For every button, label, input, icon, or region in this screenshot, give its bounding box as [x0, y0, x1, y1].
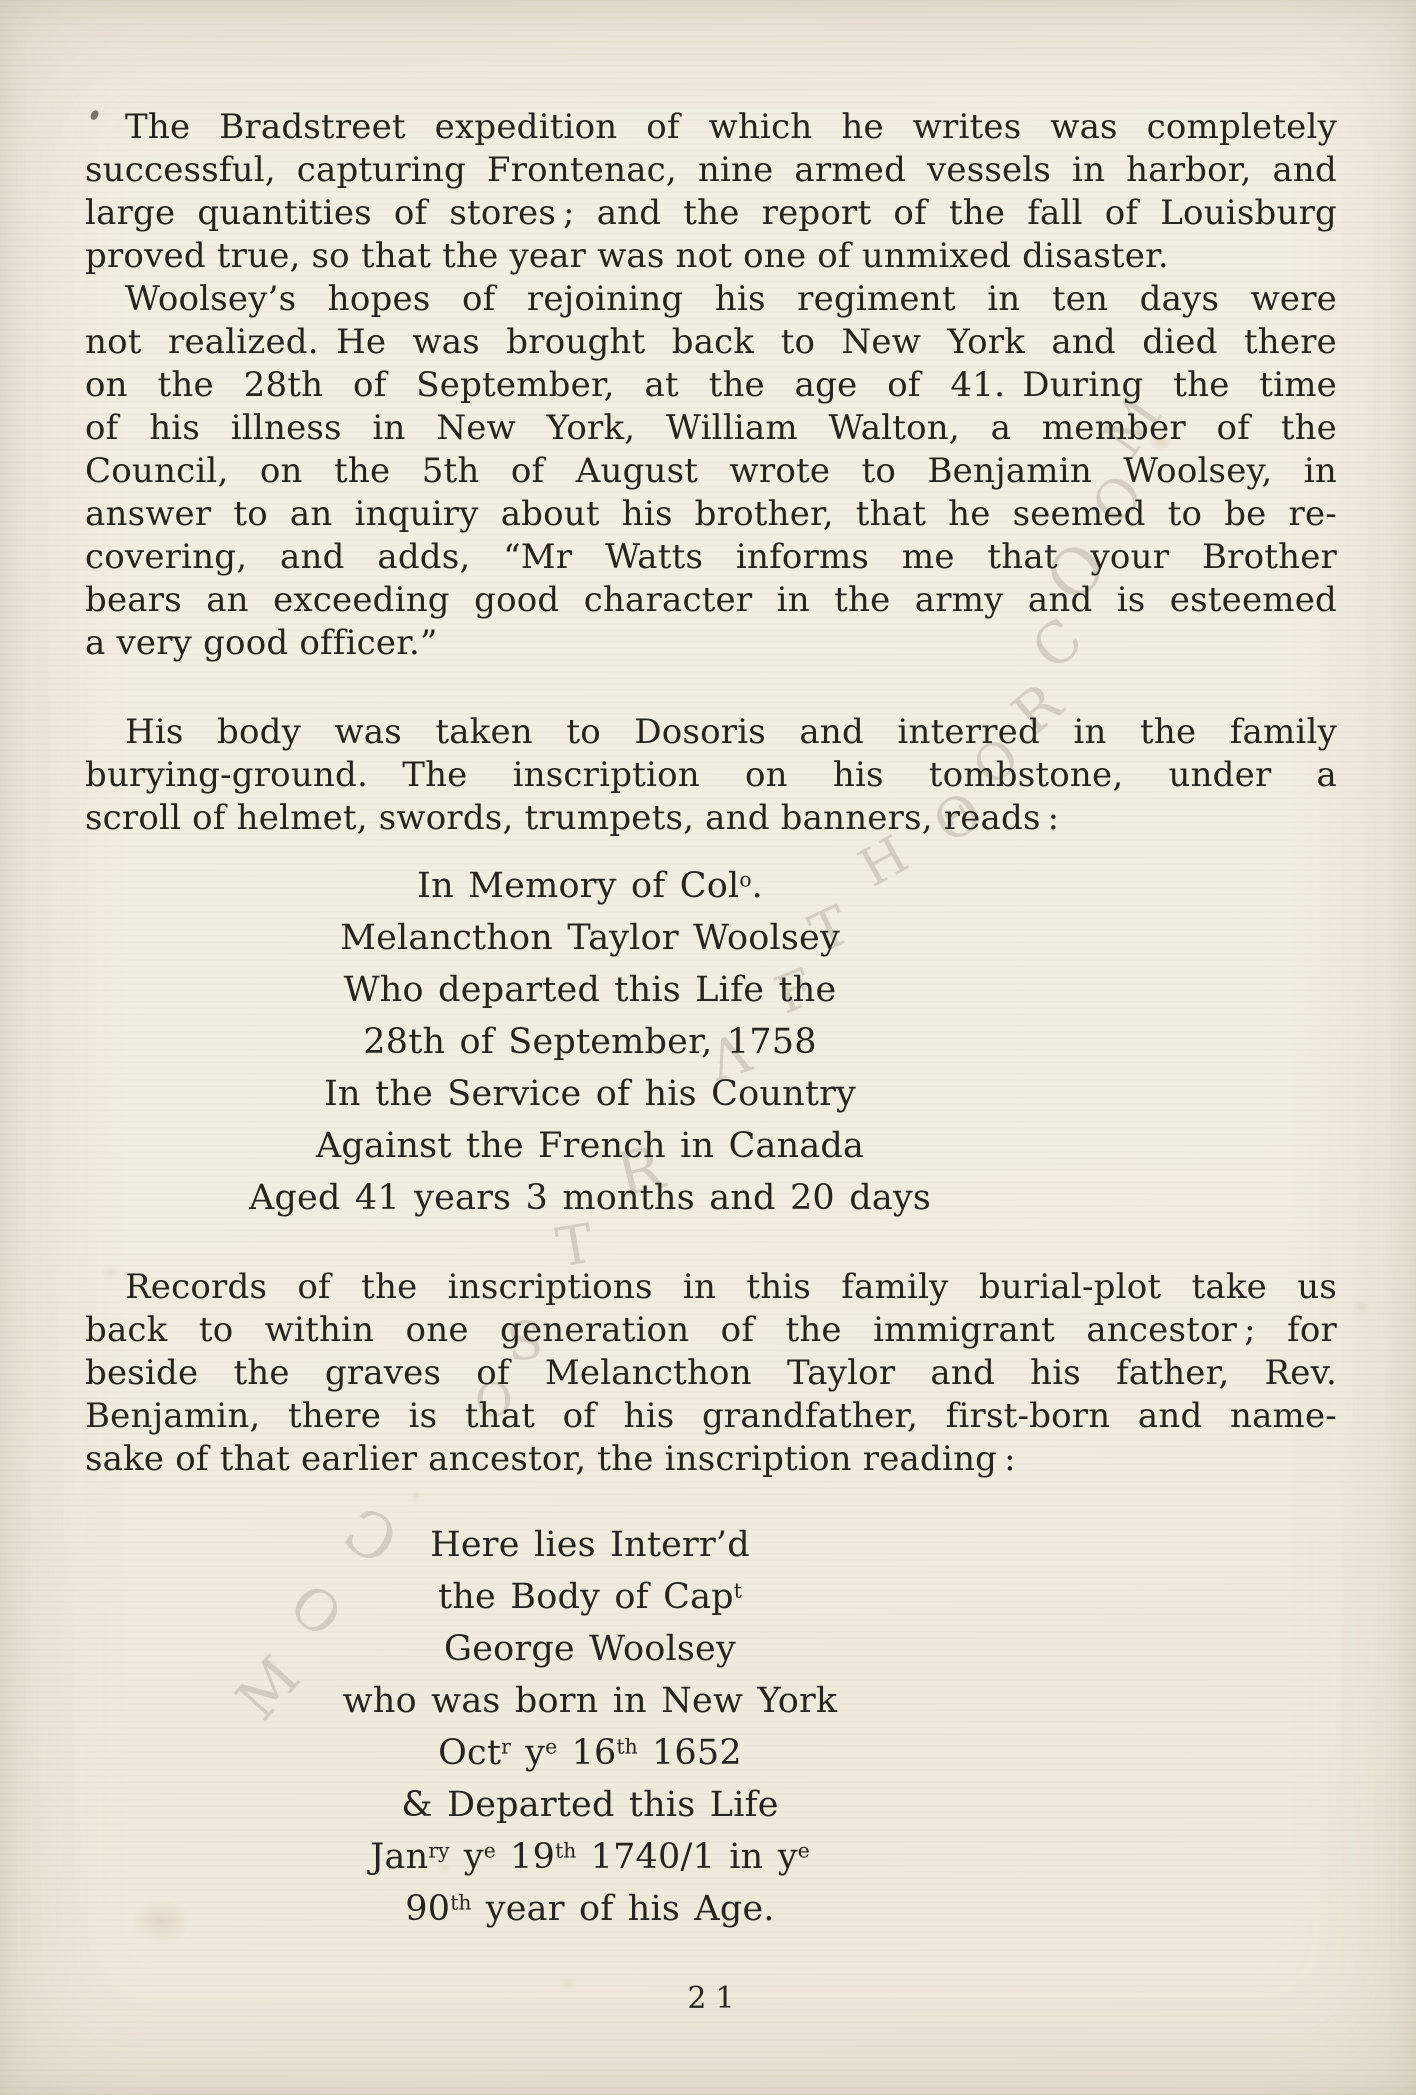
text-line: successful, capturing Frontenac, nine ar…	[85, 149, 1337, 192]
text-line: Woolsey’s hopes of rejoining his regimen…	[85, 278, 1337, 321]
inscription-line: who was born in New York	[85, 1675, 1095, 1727]
inscription-text: Aged 41 years 3 months and 20 days	[249, 1178, 931, 1218]
text-line: Records of the inscriptions in this fami…	[85, 1266, 1337, 1309]
inscription-text: 1652	[638, 1733, 742, 1773]
paragraph-burial-dosoris: His body was taken to Dosoris and interr…	[85, 711, 1337, 840]
text-line: on the 28th of September, at the age of …	[85, 364, 1337, 407]
inscription-line: Who departed this Life the	[85, 964, 1095, 1016]
inscription-line: George Woolsey	[85, 1623, 1095, 1675]
book-page-scan: MOOCROΘHTFΛRTSOCOM The Bradstreet expedi…	[0, 0, 1416, 2095]
text-line: of his illness in New York, William Walt…	[85, 407, 1337, 450]
inscription-text: Against the French in Canada	[316, 1126, 864, 1166]
page-text-column: The Bradstreet expedition of which he wr…	[85, 0, 1337, 2020]
inscription-line: the Body of Capt	[85, 1571, 1095, 1623]
text-line: His body was taken to Dosoris and interr…	[85, 711, 1337, 754]
inscription-line: Here lies Interr’d	[85, 1519, 1095, 1571]
inscription-text: .	[752, 866, 763, 906]
inscription-text: Who departed this Life the	[344, 970, 837, 1010]
foxing-spot	[1352, 1300, 1370, 1314]
text-line: The Bradstreet expedition of which he wr…	[85, 106, 1337, 149]
inscription-text: & Departed this Life	[401, 1785, 778, 1825]
text-line: answer to an inquiry about his brother, …	[85, 493, 1337, 536]
inscription-text: 19	[496, 1837, 555, 1877]
superscript-text: e	[484, 1838, 496, 1862]
inscription-text: Jan	[370, 1837, 428, 1877]
paragraph-woolsey-death: Woolsey’s hopes of rejoining his regimen…	[85, 278, 1337, 665]
inscription-text: 28th of September, 1758	[363, 1022, 816, 1062]
superscript-text: e	[798, 1838, 810, 1862]
inscription-text: who was born in New York	[343, 1681, 838, 1721]
paragraph-bradstreet-expedition: The Bradstreet expedition of which he wr…	[85, 106, 1337, 278]
text-line: proved true, so that the year was not on…	[85, 235, 1337, 278]
inscription-line: Against the French in Canada	[85, 1120, 1095, 1172]
superscript-text: t	[734, 1578, 742, 1602]
inscription-text: the Body of Cap	[438, 1577, 734, 1617]
inscription-text: year of his Age.	[471, 1889, 774, 1929]
text-line: back to within one generation of the imm…	[85, 1309, 1337, 1352]
inscription-line: 28th of September, 1758	[85, 1016, 1095, 1068]
page-number: 21	[85, 1977, 1337, 2020]
superscript-text: r	[501, 1734, 511, 1758]
tombstone-inscription-george: Here lies Interr’dthe Body of CaptGeorge…	[85, 1519, 1095, 1935]
superscript-text: th	[555, 1838, 576, 1862]
text-line: scroll of helmet, swords, trumpets, and …	[85, 797, 1337, 840]
text-line: beside the graves of Melancthon Taylor a…	[85, 1352, 1337, 1395]
superscript-text: e	[545, 1734, 557, 1758]
text-line: Council, on the 5th of August wrote to B…	[85, 450, 1337, 493]
inscription-text: 16	[557, 1733, 616, 1773]
inscription-text: y	[449, 1837, 483, 1877]
inscription-text: y	[511, 1733, 545, 1773]
superscript-text: th	[616, 1734, 637, 1758]
superscript-text: ry	[428, 1838, 449, 1862]
inscription-text: Here lies Interr’d	[430, 1525, 750, 1565]
text-line: burying-ground. The inscription on his t…	[85, 754, 1337, 797]
tombstone-inscription-melancthon: In Memory of Colo.Melancthon Taylor Wool…	[85, 860, 1095, 1224]
text-line: a very good officer.”	[85, 622, 1337, 665]
inscription-text: 90	[405, 1889, 450, 1929]
inscription-text: Oct	[438, 1733, 501, 1773]
text-line: sake of that earlier ancestor, the inscr…	[85, 1438, 1337, 1481]
paragraph-burial-plot-records: Records of the inscriptions in this fami…	[85, 1266, 1337, 1481]
inscription-text: Melancthon Taylor Woolsey	[340, 918, 840, 958]
superscript-text: o	[739, 867, 751, 891]
text-line: bears an exceeding good character in the…	[85, 579, 1337, 622]
text-line: not realized. He was brought back to New…	[85, 321, 1337, 364]
text-line: covering, and adds, “Mr Watts informs me…	[85, 536, 1337, 579]
text-line: large quantities of stores ; and the rep…	[85, 192, 1337, 235]
text-line: Benjamin, there is that of his grandfath…	[85, 1395, 1337, 1438]
inscription-line: Octr ye 16th 1652	[85, 1727, 1095, 1779]
inscription-text: In Memory of Col	[417, 866, 739, 906]
inscription-text: George Woolsey	[444, 1629, 736, 1669]
inscription-text: In the Service of his Country	[324, 1074, 856, 1114]
superscript-text: th	[450, 1890, 471, 1914]
inscription-line: In the Service of his Country	[85, 1068, 1095, 1120]
inscription-line: & Departed this Life	[85, 1779, 1095, 1831]
inscription-line: 90th year of his Age.	[85, 1883, 1095, 1935]
inscription-line: Janry ye 19th 1740/1 in ye	[85, 1831, 1095, 1883]
inscription-line: Melancthon Taylor Woolsey	[85, 912, 1095, 964]
inscription-text: 1740/1 in y	[576, 1837, 797, 1877]
inscription-line: Aged 41 years 3 months and 20 days	[85, 1172, 1095, 1224]
inscription-line: In Memory of Colo.	[85, 860, 1095, 912]
